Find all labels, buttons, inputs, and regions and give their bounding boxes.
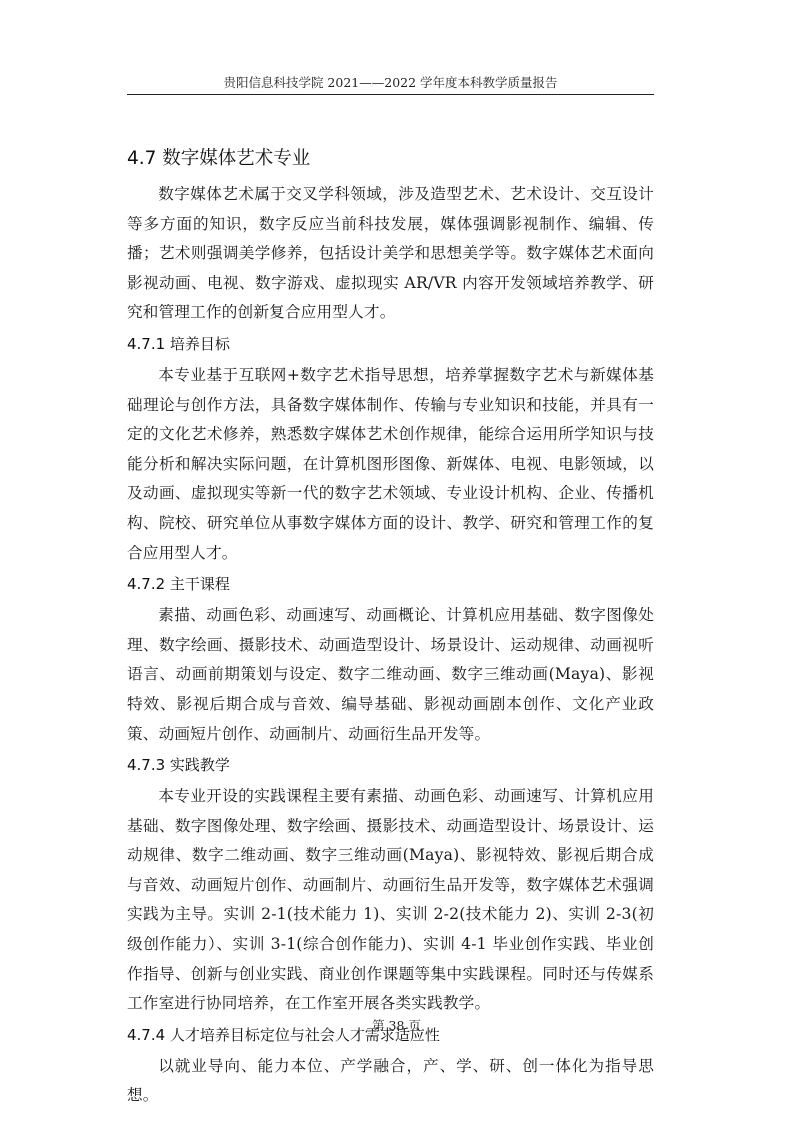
page-footer: 第 38 页 <box>0 1016 793 1034</box>
page-header: 贵阳信息科技学院 2021——2022 学年度本科教学质量报告 <box>127 74 654 95</box>
header-title: 贵阳信息科技学院 2021——2022 学年度本科教学质量报告 <box>223 75 557 90</box>
section-title: 4.7 数字媒体艺术专业 <box>127 145 654 173</box>
subsection-body-practical-teaching: 本专业开设的实践课程主要有素描、动画色彩、动画速写、计算机应用基础、数字图像处理… <box>127 782 654 1019</box>
subsection-body-core-courses: 素描、动画色彩、动画速写、动画概论、计算机应用基础、数字图像处理、数字绘画、摄影… <box>127 601 654 749</box>
subsection-body-talent-positioning: 以就业导向、能力本位、产学融合，产、学、研、创一体化为指导思想。 <box>127 1052 654 1111</box>
subsection-title-core-courses: 4.7.2 主干课程 <box>127 572 654 596</box>
subsection-title-practical-teaching: 4.7.3 实践教学 <box>127 753 654 777</box>
subsection-body-training-goals: 本专业基于互联网+数字艺术指导思想，培养掌握数字艺术与新媒体基础理论与创作方法，… <box>127 361 654 568</box>
page-number: 第 38 页 <box>372 1018 421 1033</box>
page-content: 4.7 数字媒体艺术专业 数字媒体艺术属于交叉学科领域，涉及造型艺术、艺术设计、… <box>127 145 654 1115</box>
subsection-title-training-goals: 4.7.1 培养目标 <box>127 332 654 356</box>
section-intro-paragraph: 数字媒体艺术属于交叉学科领域，涉及造型艺术、艺术设计、交互设计等多方面的知识，数… <box>127 180 654 328</box>
